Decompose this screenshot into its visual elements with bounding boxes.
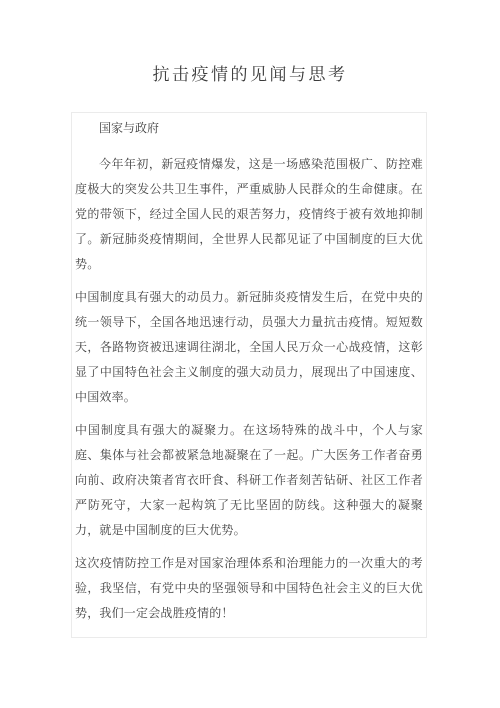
paragraph-lessons: 中国控制这次疫情，付出了极大的代价，这也确实是一个惨痛的教训，关于这一点，我国在… (75, 634, 423, 638)
paragraph-intro: 今年年初，新冠疫情爆发，这是一场感染范围极广、防控难度极大的突发公共卫生事件，严… (75, 152, 423, 277)
section-label: 国家与政府 (75, 118, 423, 138)
paragraph-mobilization: 中国制度具有强大的动员力。新冠肺炎疫情发生后，在党中央的统一领导下，全国各地迅速… (75, 285, 423, 410)
document-content-box: 国家与政府 今年年初，新冠疫情爆发，这是一场感染范围极广、防控难度极大的突发公共… (71, 112, 427, 638)
page-title: 抗击疫情的见闻与思考 (0, 60, 500, 85)
paragraph-governance-test: 这次疫情防控工作是对国家治理体系和治理能力的一次重大的考验，我坚信，有党中央的坚… (75, 551, 423, 626)
paragraph-cohesion: 中国制度具有强大的凝聚力。在这场特殊的战斗中，个人与家庭、集体与社会都被紧急地凝… (75, 418, 423, 543)
